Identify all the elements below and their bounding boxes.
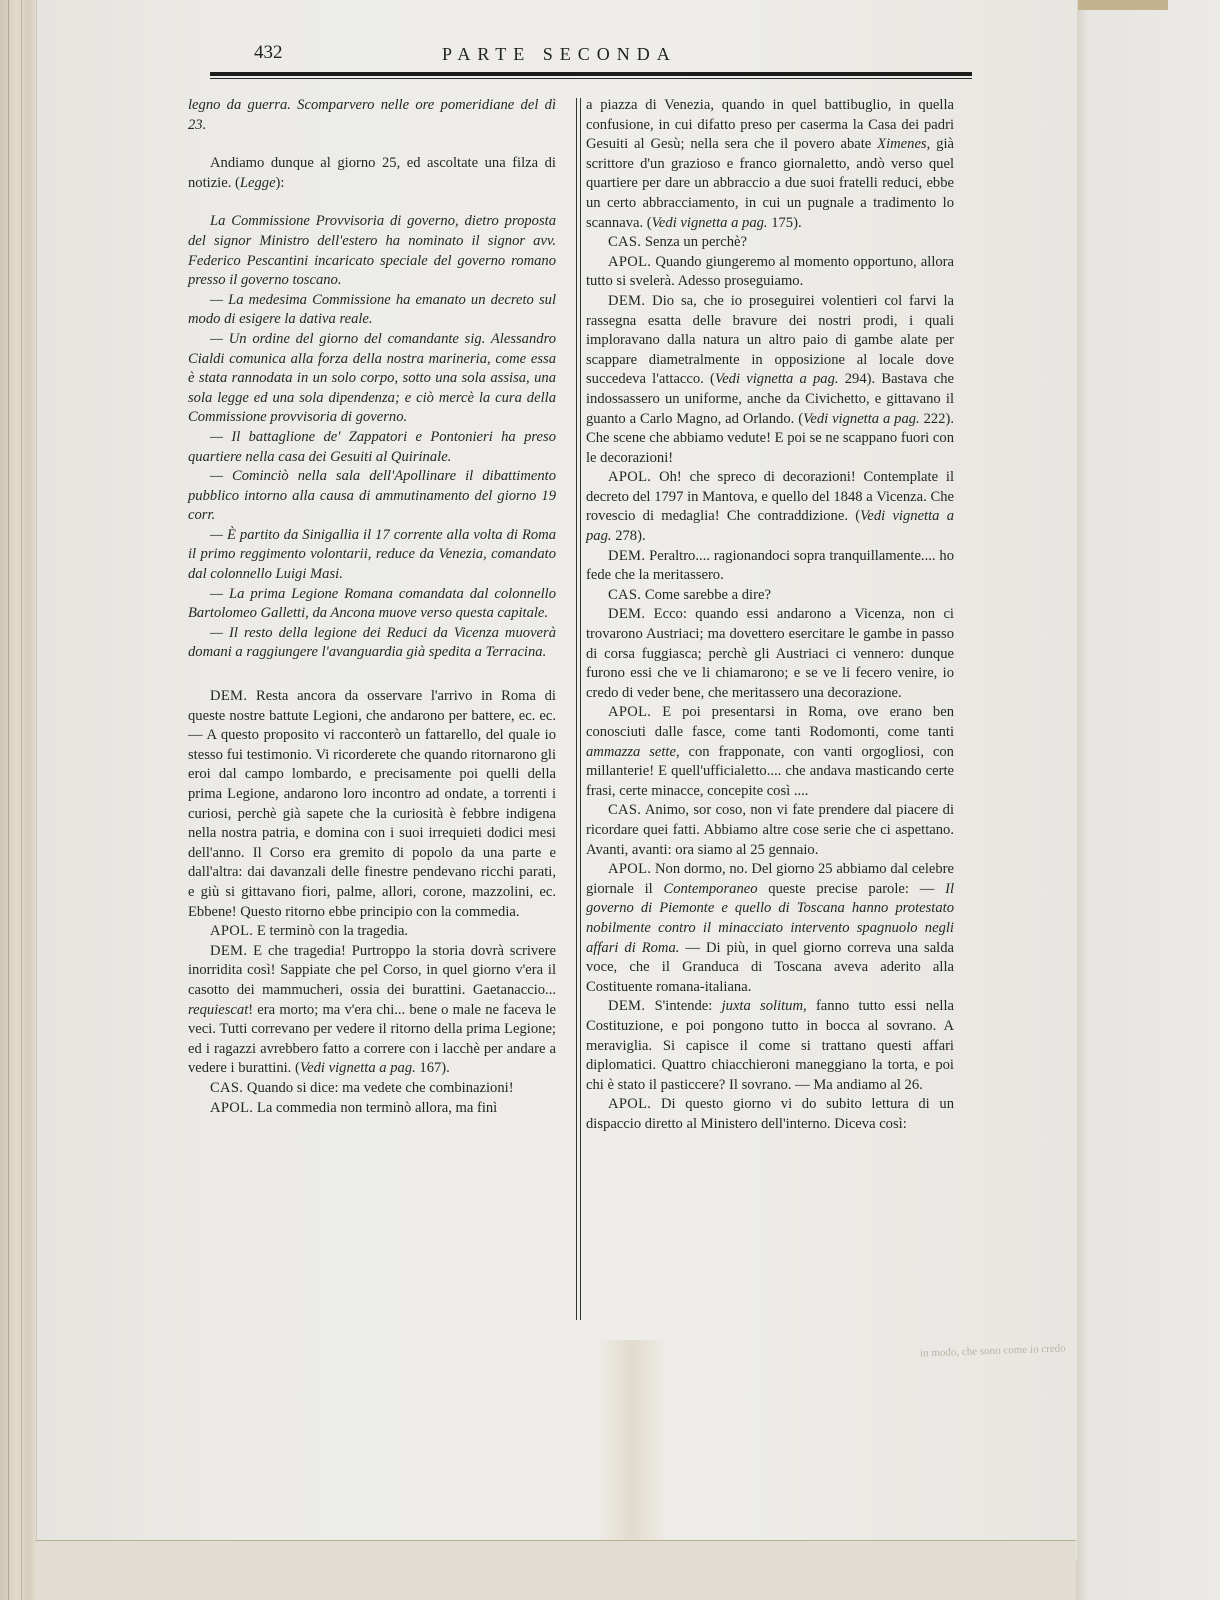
speaker-label: CAS. <box>608 802 641 818</box>
left-column: legno da guerra. Scomparvero nelle ore p… <box>188 96 556 1118</box>
dialogue-text: queste precise parole: — <box>758 881 946 897</box>
dialogue-text: Animo, sor coso, non vi fate prendere da… <box>586 802 954 857</box>
column-divider <box>576 98 581 1320</box>
dialogue-text: E terminò con la tragedia. <box>257 923 408 939</box>
dialogue-line: CAS. Come sarebbe a dire? <box>586 586 954 606</box>
speaker-label: DEM. <box>210 943 247 959</box>
dialogue-line: DEM. Dio sa, che io proseguirei volentie… <box>586 292 954 468</box>
vignette-reference: Vedi vignetta a pag. <box>715 371 839 387</box>
speaker-label: CAS. <box>210 1080 243 1096</box>
speaker-label: DEM. <box>608 998 645 1014</box>
speaker-label: APOL. <box>608 861 651 877</box>
latin-phrase: requiescat <box>188 1002 248 1018</box>
news-item: — Il battaglione de' Zappatori e Pontoni… <box>188 428 556 467</box>
speaker-label: APOL. <box>210 1100 253 1116</box>
news-item: — È partito da Sinigallia il 17 corrente… <box>188 526 556 585</box>
speaker-label: APOL. <box>608 469 651 485</box>
dialogue-text: Come sarebbe a dire? <box>645 587 771 603</box>
latin-phrase: juxta solitum <box>722 998 803 1014</box>
dialogue-line: DEM. E che tragedia! Purtroppo la storia… <box>188 942 556 1079</box>
dialogue-line: APOL. E poi presentarsi in Roma, ove era… <box>586 703 954 801</box>
dialogue-line: DEM. Peraltro.... ragionandoci sopra tra… <box>586 547 954 586</box>
news-item: La Commissione Provvisoria di governo, d… <box>188 212 556 290</box>
running-head: PARTE SECONDA <box>442 44 677 65</box>
dialogue-text: Quando si dice: ma vedete che combinazio… <box>247 1080 514 1096</box>
dialogue-line: APOL. Di questo giorno vi do subito lett… <box>586 1095 954 1134</box>
torn-page-bottom <box>36 1540 1076 1600</box>
dialogue-line: CAS. Senza un perchè? <box>586 233 954 253</box>
vignette-reference: Vedi vignetta a pag. <box>803 411 920 427</box>
dialogue-line: CAS. Animo, sor coso, non vi fate prende… <box>586 801 954 860</box>
news-item: — La prima Legione Romana comandata dal … <box>188 585 556 624</box>
header-rule-thin <box>210 78 972 79</box>
dialogue-line: APOL. Oh! che spreco di decorazioni! Con… <box>586 468 954 546</box>
paragraph-text: 175). <box>768 215 802 231</box>
news-item: — La medesima Commissione ha emanato un … <box>188 291 556 330</box>
speaker-label: APOL. <box>608 254 651 270</box>
speaker-label: CAS. <box>608 587 641 603</box>
dialogue-text: Resta ancora da osservare l'arrivo in Ro… <box>188 688 556 920</box>
news-item: — Un ordine del giorno del comandante si… <box>188 330 556 428</box>
person-name: Ximenes <box>877 136 926 152</box>
page-number: 432 <box>254 42 283 64</box>
news-item: — Cominciò nella sala dell'Apollinare il… <box>188 467 556 526</box>
paragraph: Andiamo dunque al giorno 25, ed ascoltat… <box>188 154 556 193</box>
dialogue-line: CAS. Quando si dice: ma vedete che combi… <box>188 1079 556 1099</box>
newspaper-title: Contemporaneo <box>663 881 757 897</box>
vignette-reference: Vedi vignetta a pag. <box>652 215 768 231</box>
speaker-label: DEM. <box>608 606 645 622</box>
dialogue-line: APOL. La commedia non terminò allora, ma… <box>188 1099 556 1119</box>
speaker-label: DEM. <box>608 293 645 309</box>
speaker-label: APOL. <box>608 1096 651 1112</box>
speaker-label: APOL. <box>608 704 651 720</box>
underlying-page-fold <box>8 0 22 1600</box>
dialogue-line: APOL. Quando giungeremo al momento oppor… <box>586 253 954 292</box>
news-item: — Il resto della legione dei Reduci da V… <box>188 624 556 663</box>
paragraph: legno da guerra. Scomparvero nelle ore p… <box>188 96 556 135</box>
speaker-label: CAS. <box>608 234 641 250</box>
book-top-edge <box>1078 0 1168 10</box>
dialogue-text: S'intende: <box>655 998 722 1014</box>
water-stain <box>597 1340 667 1560</box>
dialogue-text: La commedia non terminò allora, ma finì <box>257 1100 497 1116</box>
stage-direction: Legge <box>240 175 276 191</box>
dialogue-text: Senza un perchè? <box>645 234 747 250</box>
dialogue-line: APOL. E terminò con la tragedia. <box>188 922 556 942</box>
vignette-reference: Vedi vignetta a pag. <box>300 1060 416 1076</box>
dialogue-line: DEM. S'intende: juxta solitum, fanno tut… <box>586 997 954 1095</box>
facing-page <box>1075 0 1220 1600</box>
right-column: a piazza di Venezia, quando in quel batt… <box>586 96 954 1134</box>
dialogue-line: APOL. Non dormo, no. Del giorno 25 abbia… <box>586 860 954 997</box>
dialogue-line: DEM. Resta ancora da osservare l'arrivo … <box>188 687 556 922</box>
paragraph-text: ): <box>276 175 285 191</box>
dialogue-text: 278). <box>612 528 646 544</box>
dialogue-text: 167). <box>416 1060 450 1076</box>
italic-phrase: ammazza sette <box>586 744 676 760</box>
dialogue-line: DEM. Ecco: quando essi andarono a Vicenz… <box>586 605 954 703</box>
speaker-label: DEM. <box>608 548 645 564</box>
paragraph: a piazza di Venezia, quando in quel batt… <box>586 96 954 233</box>
speaker-label: DEM. <box>210 688 247 704</box>
header-rule-thick <box>210 72 972 76</box>
speaker-label: APOL. <box>210 923 253 939</box>
